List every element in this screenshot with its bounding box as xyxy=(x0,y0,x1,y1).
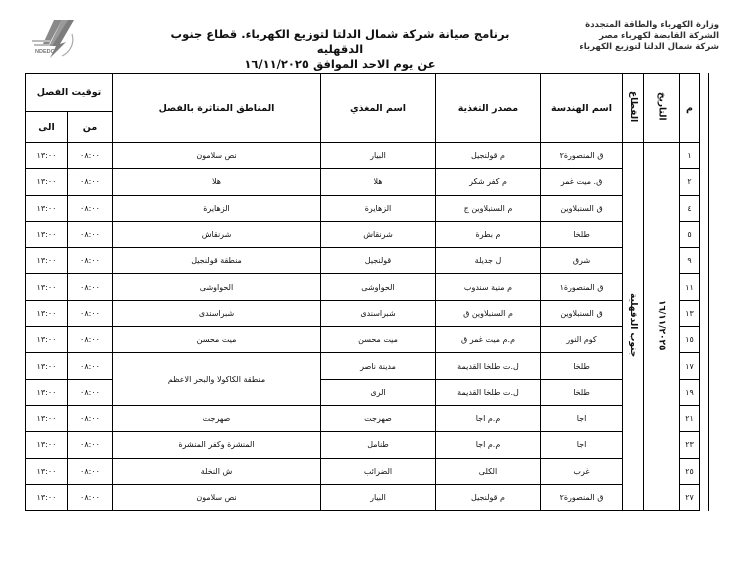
from-cell: ٠٨:٠٠ xyxy=(68,458,113,484)
feeder-cell: الحواوشى xyxy=(321,274,436,300)
engineering-cell: اجا xyxy=(541,405,623,431)
engineering-cell: اجا xyxy=(541,432,623,458)
row-index: ٢٧ xyxy=(680,484,700,510)
to-cell: ١٣:٠٠ xyxy=(26,484,68,510)
feeder-cell: البيار xyxy=(321,143,436,169)
feeder-cell: صهرجت xyxy=(321,405,436,431)
row-index: ١١ xyxy=(680,274,700,300)
row-index: ٤ xyxy=(680,195,700,221)
to-cell: ١٣:٠٠ xyxy=(26,379,68,405)
merged-sector-cell: جنوب الدقهلية xyxy=(623,143,644,511)
table-row: ٢٥ غرب الكلى الضرائب ش النخلة ٠٨:٠٠ ١٣:٠… xyxy=(26,458,700,484)
row-index: ٥ xyxy=(680,221,700,247)
lightning-logo-icon: NDEDC xyxy=(32,18,82,58)
row-index: ٢٥ xyxy=(680,458,700,484)
engineering-cell: طلخا xyxy=(541,221,623,247)
area-cell: ميت محسن xyxy=(113,327,321,353)
from-cell: ٠٨:٠٠ xyxy=(68,221,113,247)
table-row: ٢ ق. ميت غمر م كفر شكر هلا هلا ٠٨:٠٠ ١٣:… xyxy=(26,169,700,195)
row-index: ١٥ xyxy=(680,327,700,353)
to-cell: ١٣:٠٠ xyxy=(26,169,68,195)
source-cell: م.م اجا xyxy=(436,432,541,458)
to-cell: ١٣:٠٠ xyxy=(26,274,68,300)
area-cell: شبراسندى xyxy=(113,300,321,326)
table-row: ٢١ اجا م.م اجا صهرجت صهرجت ٠٨:٠٠ ١٣:٠٠ xyxy=(26,405,700,431)
row-index: ١٩ xyxy=(680,379,700,405)
source-cell: م منية سندوب xyxy=(436,274,541,300)
area-cell: منطقة قولنجيل xyxy=(113,248,321,274)
row-index: ٩ xyxy=(680,248,700,274)
header-to: الى xyxy=(26,112,68,143)
source-cell: ل جديلة xyxy=(436,248,541,274)
source-cell: م السنبلاوين ق xyxy=(436,300,541,326)
source-cell: م.م ميت غمر ق xyxy=(436,327,541,353)
source-cell: م قولنجيل xyxy=(436,143,541,169)
feeder-cell: شبراسندى xyxy=(321,300,436,326)
title-line-1: برنامج صيانة شركة شمال الدلتا لتوزيع الك… xyxy=(160,27,520,57)
header-cut-time: توقيت الفصل xyxy=(26,74,113,112)
to-cell: ١٣:٠٠ xyxy=(26,248,68,274)
svg-text:NDEDC: NDEDC xyxy=(35,49,55,55)
from-cell: ٠٨:٠٠ xyxy=(68,327,113,353)
ministry-line: شركة شمال الدلتا لتوزيع الكهرباء xyxy=(529,42,719,53)
row-index: ١ xyxy=(680,143,700,169)
engineering-cell: ق. ميت غمر xyxy=(541,169,623,195)
from-cell: ٠٨:٠٠ xyxy=(68,379,113,405)
title-line-2: عن يوم الاحد الموافق ١٦/١١/٢٠٢٥ xyxy=(160,57,520,72)
area-cell: صهرجت xyxy=(113,405,321,431)
feeder-cell: قولنجيل xyxy=(321,248,436,274)
row-index: ١٧ xyxy=(680,353,700,379)
feeder-cell: الضرائب xyxy=(321,458,436,484)
to-cell: ١٣:٠٠ xyxy=(26,143,68,169)
engineering-cell: ق المنصورة٢ xyxy=(541,484,623,510)
header-date: التاريخ xyxy=(644,74,680,143)
header-engineering: اسم الهندسة xyxy=(541,74,623,143)
to-cell: ١٣:٠٠ xyxy=(26,221,68,247)
engineering-cell: كوم النور xyxy=(541,327,623,353)
engineering-cell: طلخا xyxy=(541,379,623,405)
row-index: ٢ xyxy=(680,169,700,195)
area-cell: الزهايرة xyxy=(113,195,321,221)
to-cell: ١٣:٠٠ xyxy=(26,300,68,326)
source-cell: م بطرة xyxy=(436,221,541,247)
from-cell: ٠٨:٠٠ xyxy=(68,432,113,458)
to-cell: ١٣:٠٠ xyxy=(26,327,68,353)
table-row: ١١ ق المنصورة١ م منية سندوب الحواوشى الح… xyxy=(26,274,700,300)
engineering-cell: ق المنصورة١ xyxy=(541,274,623,300)
header-source: مصدر التغذية xyxy=(436,74,541,143)
from-cell: ٠٨:٠٠ xyxy=(68,405,113,431)
to-cell: ١٣:٠٠ xyxy=(26,353,68,379)
to-cell: ١٣:٠٠ xyxy=(26,405,68,431)
table-row: ١٣ ق السنبلاوين م السنبلاوين ق شبراسندى … xyxy=(26,300,700,326)
source-cell: ل.ت طلخا القديمة xyxy=(436,353,541,379)
table-row: ١٧ طلخا ل.ت طلخا القديمة مدينة ناصر منطق… xyxy=(26,353,700,379)
feeder-cell: هلا xyxy=(321,169,436,195)
engineering-cell: ق السنبلاوين xyxy=(541,195,623,221)
header-areas: المناطق المتاثرة بالفصل xyxy=(113,74,321,143)
maintenance-schedule-table: م التاريخ القطاع اسم الهندسة مصدر التغذي… xyxy=(25,73,700,511)
area-cell: نص سلامون xyxy=(113,484,321,510)
area-cell: المنشرة وكفر المنشرة xyxy=(113,432,321,458)
merged-date-cell: ١٦/١١/٢٠٢٥ xyxy=(644,143,680,511)
area-cell-merged: منطقة الكاكولا والبحر الاعظم xyxy=(113,353,321,406)
row-index: ٢١ xyxy=(680,405,700,431)
header-feeder: اسم المغذي xyxy=(321,74,436,143)
engineering-cell: طلخا xyxy=(541,353,623,379)
table-row: ١ ١٦/١١/٢٠٢٥ جنوب الدقهلية ق المنصورة٢ م… xyxy=(26,143,700,169)
source-cell: م كفر شكر xyxy=(436,169,541,195)
row-index: ١٣ xyxy=(680,300,700,326)
area-cell: هلا xyxy=(113,169,321,195)
area-cell: الحواوشى xyxy=(113,274,321,300)
row-index: ٢٣ xyxy=(680,432,700,458)
header-sector: القطاع xyxy=(623,74,644,143)
table-row: ٤ ق السنبلاوين م السنبلاوين ج الزهايرة ا… xyxy=(26,195,700,221)
ministry-line: الشركة القابضة لكهرباء مصر xyxy=(529,31,719,42)
table-double-border xyxy=(708,73,709,511)
feeder-cell: ميت محسن xyxy=(321,327,436,353)
to-cell: ١٣:٠٠ xyxy=(26,432,68,458)
engineering-cell: ق المنصورة٢ xyxy=(541,143,623,169)
from-cell: ٠٨:٠٠ xyxy=(68,195,113,221)
table-row: ٥ طلخا م بطرة شرنقاش شرنقاش ٠٨:٠٠ ١٣:٠٠ xyxy=(26,221,700,247)
from-cell: ٠٨:٠٠ xyxy=(68,169,113,195)
feeder-cell: الرى xyxy=(321,379,436,405)
feeder-cell: طنامل xyxy=(321,432,436,458)
table-row: ٢٣ اجا م.م اجا طنامل المنشرة وكفر المنشر… xyxy=(26,432,700,458)
from-cell: ٠٨:٠٠ xyxy=(68,484,113,510)
area-cell: شرنقاش xyxy=(113,221,321,247)
source-cell: م.م اجا xyxy=(436,405,541,431)
table-row: ١٥ كوم النور م.م ميت غمر ق ميت محسن ميت … xyxy=(26,327,700,353)
table-row: ٢٧ ق المنصورة٢ م قولنجيل البيار نص سلامو… xyxy=(26,484,700,510)
table-row: ٩ شرق ل جديلة قولنجيل منطقة قولنجيل ٠٨:٠… xyxy=(26,248,700,274)
source-cell: ل.ت طلخا القديمة xyxy=(436,379,541,405)
from-cell: ٠٨:٠٠ xyxy=(68,353,113,379)
engineering-cell: شرق xyxy=(541,248,623,274)
header-from: من xyxy=(68,112,113,143)
source-cell: الكلى xyxy=(436,458,541,484)
engineering-cell: ق السنبلاوين xyxy=(541,300,623,326)
header-index: م xyxy=(680,74,700,143)
to-cell: ١٣:٠٠ xyxy=(26,195,68,221)
area-cell: ش النخلة xyxy=(113,458,321,484)
area-cell: نص سلامون xyxy=(113,143,321,169)
feeder-cell: البيار xyxy=(321,484,436,510)
source-cell: م السنبلاوين ج xyxy=(436,195,541,221)
from-cell: ٠٨:٠٠ xyxy=(68,300,113,326)
engineering-cell: غرب xyxy=(541,458,623,484)
source-cell: م قولنجيل xyxy=(436,484,541,510)
feeder-cell: شرنقاش xyxy=(321,221,436,247)
feeder-cell: مدينة ناصر xyxy=(321,353,436,379)
ministry-header: وزارة الكهرباء والطاقة المتجددة الشركة ا… xyxy=(529,20,719,53)
from-cell: ٠٨:٠٠ xyxy=(68,274,113,300)
from-cell: ٠٨:٠٠ xyxy=(68,143,113,169)
feeder-cell: الزهايرة xyxy=(321,195,436,221)
ministry-line: وزارة الكهرباء والطاقة المتجددة xyxy=(529,20,719,31)
to-cell: ١٣:٠٠ xyxy=(26,458,68,484)
from-cell: ٠٨:٠٠ xyxy=(68,248,113,274)
document-title: برنامج صيانة شركة شمال الدلتا لتوزيع الك… xyxy=(160,27,520,72)
